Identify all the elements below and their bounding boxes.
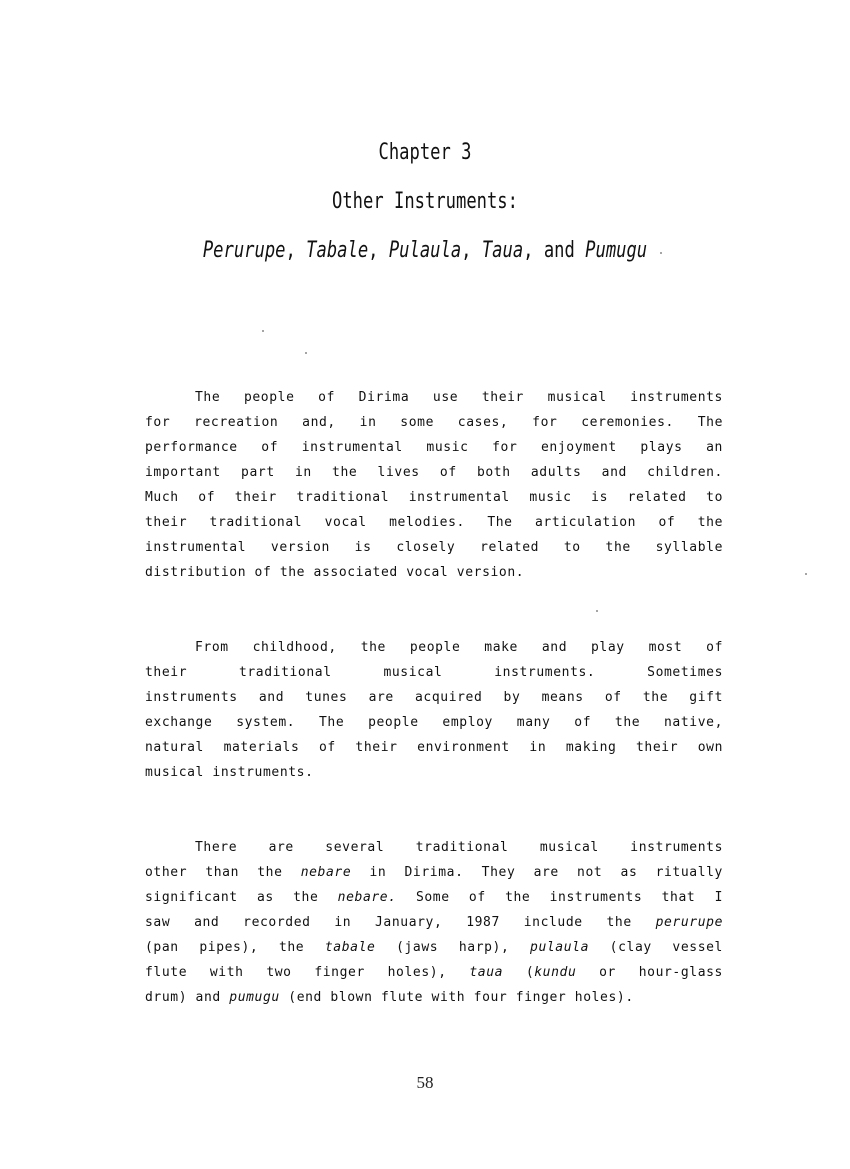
text-line: exchange system. The people employ many … — [145, 710, 723, 735]
text-segment: (end blown flute with four finger holes)… — [280, 990, 634, 1005]
text-line: musical instruments. — [145, 760, 723, 785]
text-segment: (jaws harp), — [375, 940, 530, 955]
page-number: 58 — [0, 1073, 850, 1093]
text-segment: in Dirima. They are not as ritually — [351, 865, 723, 880]
text-segment: important part in the lives of both adul… — [145, 465, 723, 480]
subtitle-separator: , and — [523, 238, 585, 263]
text-segment: ( — [503, 965, 534, 980]
text-line: important part in the lives of both adul… — [145, 460, 723, 485]
paragraph-1: The people of Dirima use their musical i… — [145, 385, 723, 585]
text-segment: their traditional vocal melodies. The ar… — [145, 515, 723, 530]
italic-term: nebare. — [338, 890, 397, 905]
scan-speck — [305, 352, 307, 354]
instrument-name: Pumugu — [585, 238, 647, 263]
text-segment: The people of Dirima use their musical i… — [195, 390, 723, 405]
italic-term: taua — [469, 965, 503, 980]
chapter-heading: Chapter 3 — [94, 140, 757, 165]
text-line: drum) and pumugu (end blown flute with f… — [145, 985, 723, 1010]
text-line: The people of Dirima use their musical i… — [145, 385, 723, 410]
text-line: their traditional musical instruments. S… — [145, 660, 723, 685]
text-segment: exchange system. The people employ many … — [145, 715, 723, 730]
italic-term: pumugu — [229, 990, 280, 1005]
text-segment: or hour-glass — [576, 965, 723, 980]
text-segment: saw and recorded in January, 1987 includ… — [145, 915, 656, 930]
subtitle-separator: , — [461, 238, 482, 263]
text-line: for recreation and, in some cases, for c… — [145, 410, 723, 435]
italic-term: tabale — [325, 940, 376, 955]
text-segment: instruments and tunes are acquired by me… — [145, 690, 723, 705]
text-line: natural materials of their environment i… — [145, 735, 723, 760]
text-line: There are several traditional musical in… — [145, 835, 723, 860]
text-segment: Some of the instruments that I — [397, 890, 723, 905]
chapter-subtitle: Perurupe, Tabale, Pulaula, Taua, and Pum… — [94, 238, 757, 263]
italic-term: kundu — [534, 965, 576, 980]
paragraph-2: From childhood, the people make and play… — [145, 635, 723, 785]
scan-speck — [660, 252, 662, 254]
text-segment: instrumental version is closely related … — [145, 540, 723, 555]
text-segment: Much of their traditional instrumental m… — [145, 490, 723, 505]
italic-term: perurupe — [656, 915, 723, 930]
instrument-name: Perurupe — [203, 238, 286, 263]
text-segment: musical instruments. — [145, 765, 314, 780]
text-line: performance of instrumental music for en… — [145, 435, 723, 460]
text-segment: (pan pipes), the — [145, 940, 325, 955]
text-segment: performance of instrumental music for en… — [145, 440, 723, 455]
text-line: distribution of the associated vocal ver… — [145, 560, 723, 585]
italic-term: pulaula — [530, 940, 589, 955]
text-line: other than the nebare in Dirima. They ar… — [145, 860, 723, 885]
text-segment: natural materials of their environment i… — [145, 740, 723, 755]
text-line: saw and recorded in January, 1987 includ… — [145, 910, 723, 935]
instrument-name: Pulaula — [389, 238, 461, 263]
subtitle-separator: , — [286, 238, 307, 263]
text-line: (pan pipes), the tabale (jaws harp), pul… — [145, 935, 723, 960]
text-segment: drum) and — [145, 990, 229, 1005]
text-segment: their traditional musical instruments. S… — [145, 665, 723, 680]
text-segment: flute with two finger holes), — [145, 965, 469, 980]
text-segment: There are several traditional musical in… — [195, 840, 723, 855]
instrument-name: Taua — [482, 238, 523, 263]
subtitle-separator: , — [368, 238, 389, 263]
chapter-title: Other Instruments: — [94, 189, 757, 214]
text-line: significant as the nebare. Some of the i… — [145, 885, 723, 910]
italic-term: nebare — [301, 865, 352, 880]
text-line: flute with two finger holes), taua (kund… — [145, 960, 723, 985]
scan-speck — [805, 573, 807, 575]
text-line: From childhood, the people make and play… — [145, 635, 723, 660]
text-segment: for recreation and, in some cases, for c… — [145, 415, 723, 430]
text-segment: (clay vessel — [589, 940, 723, 955]
text-line: their traditional vocal melodies. The ar… — [145, 510, 723, 535]
instrument-name: Tabale — [306, 238, 368, 263]
scan-speck — [262, 330, 264, 332]
text-segment: distribution of the associated vocal ver… — [145, 565, 524, 580]
text-line: Much of their traditional instrumental m… — [145, 485, 723, 510]
text-line: instrumental version is closely related … — [145, 535, 723, 560]
scan-speck — [596, 610, 598, 612]
text-segment: From childhood, the people make and play… — [195, 640, 723, 655]
text-segment: other than the — [145, 865, 301, 880]
text-segment: significant as the — [145, 890, 338, 905]
paragraph-3: There are several traditional musical in… — [145, 835, 723, 1010]
text-line: instruments and tunes are acquired by me… — [145, 685, 723, 710]
